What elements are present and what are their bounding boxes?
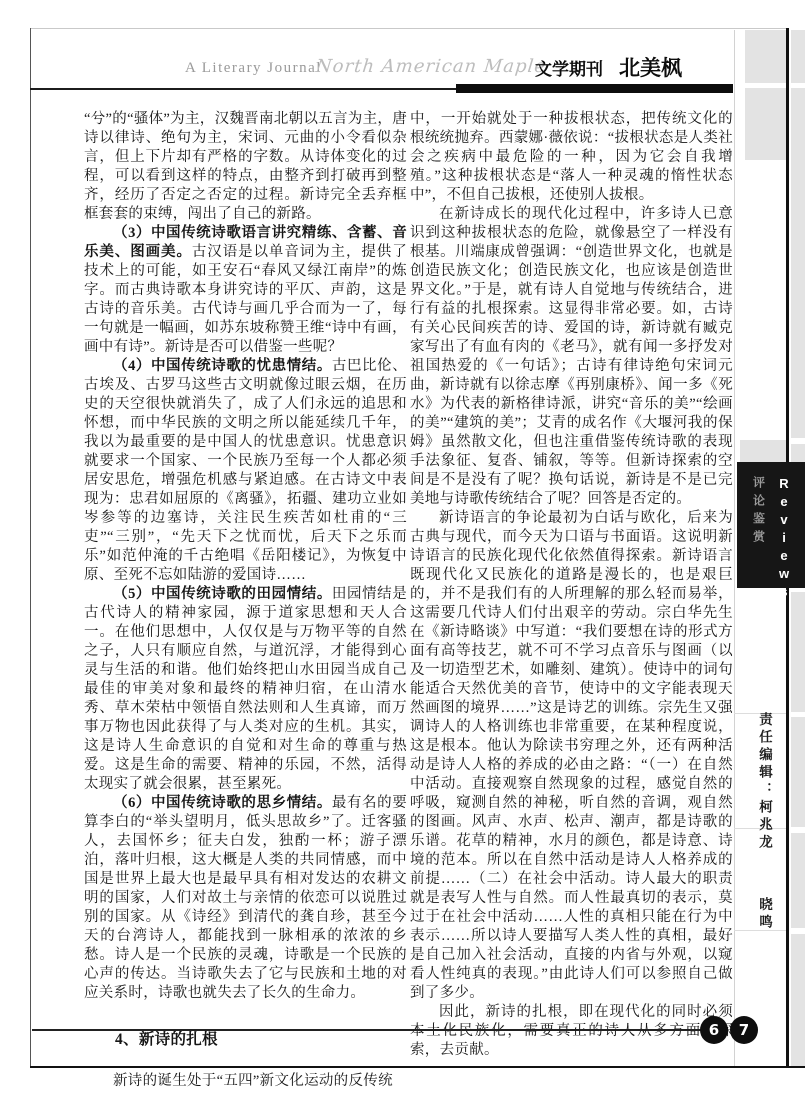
paragraph-text: 古巴比伦、古埃及、古罗马这些古文明就像过眼云烟，在历史的天空很快就消失了，成了人… — [84, 358, 407, 583]
paragraph: 新诗的诞生处于“五四”新文化运动的反传统 — [84, 1072, 407, 1091]
paragraph-text: 新诗语言的争论最初为白话与欧化，后来为古典与现代，而今天为口语与书面语。这说明新… — [410, 510, 733, 1001]
journal-title-chinese: 文学期刊北美枫 — [535, 52, 682, 82]
page-number: 7 — [739, 1021, 749, 1039]
text-column-left: “兮”的“骚体”为主，汉魏晋南北朝以五言为主，唐诗以律诗、绝句为主，宋词、元曲的… — [84, 110, 407, 1091]
page-frame-left — [30, 28, 31, 1068]
paragraph-text: 因此，新诗的扎根，即在现代化的同时必须本土化民族化，需要真正的诗人从多方面去探索… — [410, 1004, 733, 1058]
rail-segment — [791, 88, 805, 438]
text-column-right: 中，一开始就处于一种拔根状态，把传统文化的根统统抛弃。西蒙娜·薇依说：“拔根状态… — [410, 110, 733, 1060]
paragraph-lead: （6）中国传统诗歌的思乡情结。 — [113, 795, 332, 811]
header-rule-thick — [456, 84, 733, 93]
rail-segment — [740, 440, 787, 462]
section-tab-label-chinese: 评论鉴赏 — [751, 476, 768, 588]
journal-subtitle-english: A Literary Journal — [185, 60, 322, 77]
page-frame-top — [30, 28, 787, 29]
paragraph-lead: （5）中国传统诗歌的田园情结。 — [113, 586, 332, 602]
section-tab-label-english: Reviews — [777, 476, 792, 588]
rail-segment — [791, 833, 805, 928]
magazine-page: A Literary Journal North American Maple … — [0, 0, 805, 1099]
paragraph: （5）中国传统诗歌的田园情结。田园情结是古代诗人的精神家园，源于道家思想和天人合… — [84, 585, 407, 794]
paragraph-lead: （4）中国传统诗歌的忧患情结。 — [113, 358, 332, 374]
paragraph-text: 在新诗成长的现代化过程中，许多诗人已意识到这种拔根状态的危险，就像悬空了一样没有… — [410, 206, 733, 507]
rail-segment — [745, 30, 787, 83]
paragraph: 在新诗成长的现代化过程中，许多诗人已意识到这种拔根状态的危险，就像悬空了一样没有… — [410, 205, 733, 509]
footer-rule — [32, 1029, 702, 1031]
paragraph: （3）中国传统诗歌语言讲究精练、含蓄、音乐美、图画美。古汉语是以单音词为主，提供… — [84, 224, 407, 357]
paragraph: 中，一开始就处于一种拔根状态，把传统文化的根统统抛弃。西蒙娜·薇依说：“拔根状态… — [410, 110, 733, 205]
left-paragraph-group: “兮”的“骚体”为主，汉魏晋南北朝以五言为主，唐诗以律诗、绝句为主，宋词、元曲的… — [84, 110, 407, 1003]
rail-segment — [791, 30, 805, 83]
editor-name-secondary: 晓鸣 — [757, 897, 772, 932]
paragraph: “兮”的“骚体”为主，汉魏晋南北朝以五言为主，唐诗以律诗、绝句为主，宋词、元曲的… — [84, 110, 407, 224]
rail-segment — [791, 934, 805, 1066]
paragraph-text: 最有名的要算李白的“举头望明月，低头思故乡”了。迁客骚人，去国怀乡；征夫白发，独… — [84, 795, 407, 1001]
paragraph-text: 田园情结是古代诗人的精神家园，源于道家思想和天人合一。在他们思想中，人仅仅是与万… — [84, 586, 407, 792]
journal-name-script: North American Maple — [315, 56, 547, 77]
journal-name-label: 北美枫 — [619, 56, 682, 80]
editor-name-primary: 责任编辑：柯兆龙 — [757, 712, 772, 852]
right-paragraph-group: 中，一开始就处于一种拔根状态，把传统文化的根统统抛弃。西蒙娜·薇依说：“拔根状态… — [410, 110, 733, 1060]
journal-type-label: 文学期刊 — [535, 60, 603, 79]
section-heading: 4、新诗的扎根 — [84, 1030, 407, 1049]
section-tab-reviews: 评论鉴赏 Reviews — [737, 462, 805, 588]
paragraph-text: 中，一开始就处于一种拔根状态，把传统文化的根统统抛弃。西蒙娜·薇依说：“拔根状态… — [410, 111, 733, 203]
header-rule-thin — [30, 88, 456, 90]
paragraph: （4）中国传统诗歌的忧患情结。古巴比伦、古埃及、古罗马这些古文明就像过眼云烟，在… — [84, 357, 407, 585]
page-number: 6 — [709, 1021, 719, 1039]
page-number-badge: 7 — [730, 1016, 758, 1044]
paragraph-text: 古汉语是以单音词为主，提供了技术上的可能，如王安石“春风又绿江南岸”的炼字。而古… — [84, 244, 407, 355]
paragraph: 新诗语言的争论最初为白话与欧化，后来为古典与现代，而今天为口语与书面语。这说明新… — [410, 509, 733, 1003]
sidebar-divider-line — [734, 30, 735, 1066]
rail-segment — [745, 88, 787, 160]
paragraph-text: “兮”的“骚体”为主，汉魏晋南北朝以五言为主，唐诗以律诗、绝句为主，宋词、元曲的… — [84, 111, 407, 222]
page-number-badge: 6 — [700, 1016, 728, 1044]
paragraph: 因此，新诗的扎根，即在现代化的同时必须本土化民族化，需要真正的诗人从多方面去探索… — [410, 1003, 733, 1060]
rail-segment — [791, 592, 805, 712]
rail-segment — [791, 717, 805, 827]
editor-credits: 责任编辑：柯兆龙 晓鸣 — [744, 712, 774, 942]
paragraph: （6）中国传统诗歌的思乡情结。最有名的要算李白的“举头望明月，低头思故乡”了。迁… — [84, 794, 407, 1003]
